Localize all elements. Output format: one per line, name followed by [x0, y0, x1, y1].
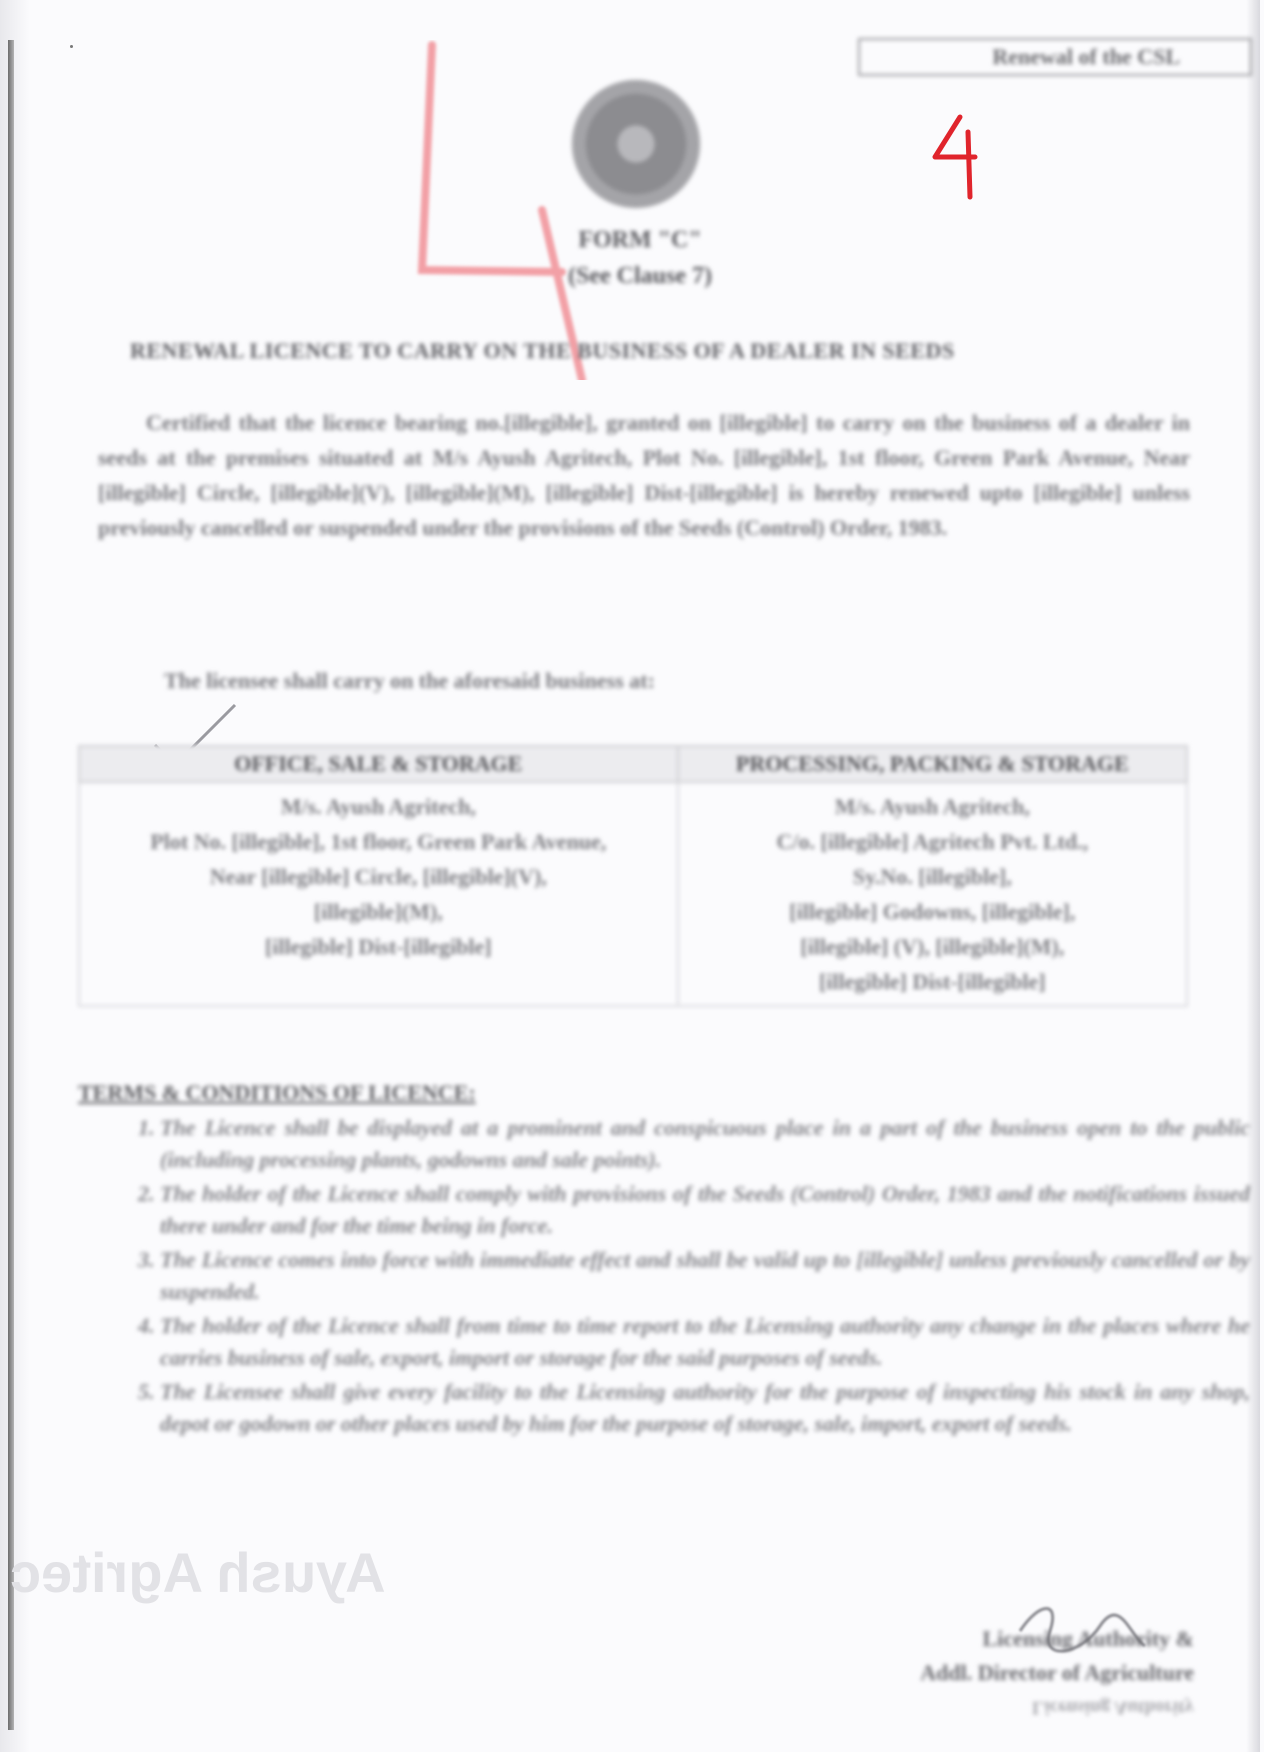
- address-line: [illegible] Dist-[illegible]: [90, 929, 667, 964]
- address-line: [illegible](M),: [90, 894, 667, 929]
- address-line: Near [illegible] Circle, [illegible](V),: [90, 859, 667, 894]
- term-item: The holder of the Licence shall from tim…: [160, 1310, 1250, 1374]
- scan-edge-left: [8, 40, 14, 1730]
- terms-heading: TERMS & CONDITIONS OF LICENCE:: [78, 1080, 476, 1106]
- licence-heading: RENEWAL LICENCE TO CARRY ON THE BUSINESS…: [130, 338, 1150, 364]
- scan-speck: [70, 45, 73, 48]
- address-line: [illegible] Dist-[illegible]: [689, 964, 1176, 999]
- signature-line-mirrored: Licensing Authority: [920, 1690, 1194, 1724]
- business-intro: The licensee shall carry on the aforesai…: [164, 668, 655, 694]
- handwritten-four-icon: [930, 112, 990, 202]
- term-item: The Licence shall be displayed at a prom…: [160, 1112, 1250, 1176]
- premises-header-office: OFFICE, SALE & STORAGE: [79, 746, 678, 782]
- premises-header-processing: PROCESSING, PACKING & STORAGE: [678, 746, 1187, 782]
- address-line: Sy.No. [illegible],: [689, 859, 1176, 894]
- signature-line-1: Licensing Authority &: [920, 1622, 1194, 1656]
- scan-edge-right: [1246, 0, 1260, 1752]
- address-line: Plot No. [illegible], 1st floor, Green P…: [90, 824, 667, 859]
- address-line: C/o. [illegible] Agritech Pvt. Ltd.,: [689, 824, 1176, 859]
- signature-line-2: Addl. Director of Agriculture: [920, 1656, 1194, 1690]
- address-line: [illegible] Godowns, [illegible],: [689, 894, 1176, 929]
- premises-cell-office: M/s. Ayush Agritech, Plot No. [illegible…: [79, 782, 678, 1006]
- certificate-paragraph: Certified that the licence bearing no.[i…: [98, 405, 1190, 545]
- bleed-through-text: Ayush Agritec: [10, 1540, 385, 1605]
- term-item: The Licensee shall give every facility t…: [160, 1376, 1250, 1440]
- term-item: The holder of the Licence shall comply w…: [160, 1178, 1250, 1242]
- address-line: M/s. Ayush Agritech,: [90, 789, 667, 824]
- address-line: [illegible] (V), [illegible](M),: [689, 929, 1176, 964]
- premises-table: OFFICE, SALE & STORAGE PROCESSING, PACKI…: [78, 745, 1188, 1007]
- renewal-label-box: Renewal of the CSL: [858, 38, 1252, 76]
- term-item: The Licence comes into force with immedi…: [160, 1244, 1250, 1308]
- address-line: M/s. Ayush Agritech,: [689, 789, 1176, 824]
- premises-cell-processing: M/s. Ayush Agritech, C/o. [illegible] Ag…: [678, 782, 1187, 1006]
- terms-list: The Licence shall be displayed at a prom…: [118, 1112, 1250, 1442]
- handwritten-four-large-icon: [412, 40, 612, 380]
- signature-block: Licensing Authority & Addl. Director of …: [920, 1622, 1194, 1724]
- scan-shadow-left: [0, 0, 30, 1752]
